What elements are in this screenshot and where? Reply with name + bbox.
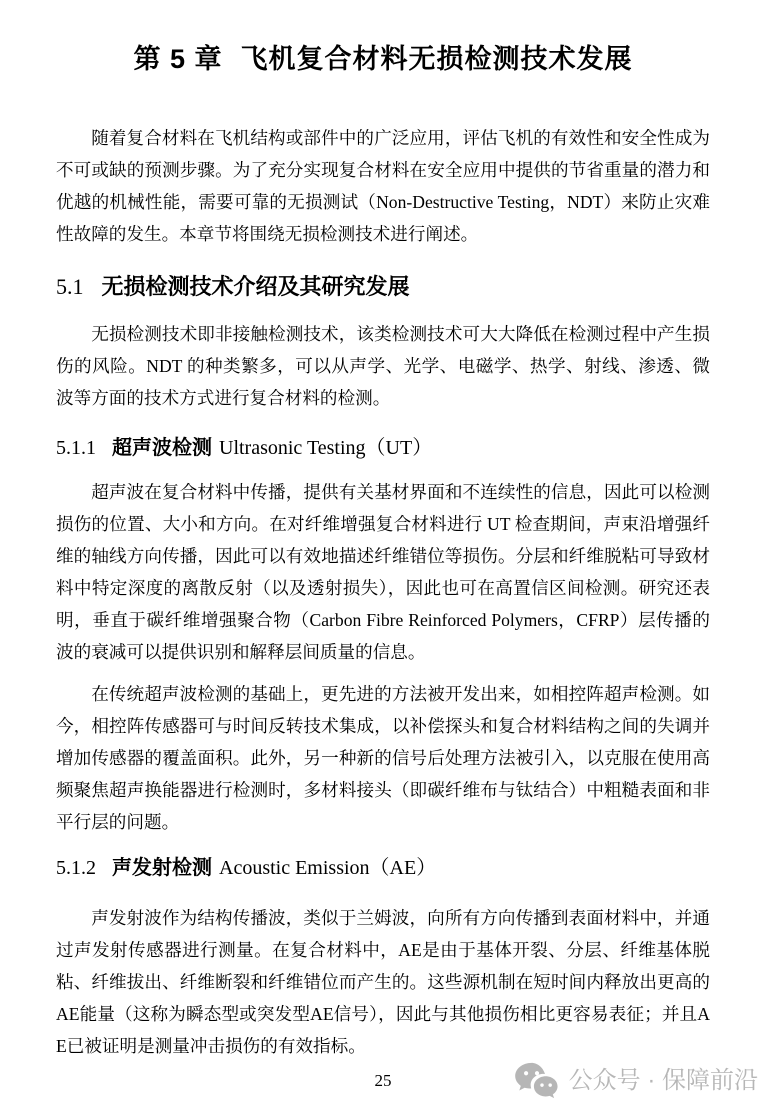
section-title: 无损检测技术介绍及其研究发展 — [102, 274, 410, 299]
page-content: 第 5 章飞机复合材料无损检测技术发展 随着复合材料在飞机结构或部件中的广泛应用… — [0, 42, 766, 1062]
watermark-text: 公众号 · 保障前沿 — [569, 1067, 758, 1095]
subsection-number: 5.1.2 — [56, 857, 96, 879]
subsection-heading-5-1-2: 5.1.2声发射检测Acoustic Emission（AE） — [56, 854, 710, 882]
subsection-title-en: Acoustic Emission（AE） — [219, 857, 436, 879]
section-number: 5.1 — [56, 274, 84, 299]
wechat-icon — [514, 1061, 560, 1101]
document-page: 第 5 章飞机复合材料无损检测技术发展 随着复合材料在飞机结构或部件中的广泛应用… — [0, 0, 766, 1115]
subsection-heading-5-1-1: 5.1.1超声波检测Ultrasonic Testing（UT） — [56, 434, 710, 462]
subsection-5-1-1-paragraph-1: 超声波在复合材料中传播，提供有关基材界面和不连续性的信息，因此可以检测损伤的位置… — [56, 476, 710, 668]
subsection-5-1-2-paragraph-1: 声发射波作为结构传播波，类似于兰姆波，向所有方向传播到表面材料中，并通过声发射传… — [56, 902, 710, 1062]
subsection-title-zh: 声发射检测 — [112, 857, 212, 879]
watermark: 公众号 · 保障前沿 — [514, 1061, 758, 1101]
chapter-title: 第 5 章飞机复合材料无损检测技术发展 — [56, 42, 710, 76]
chapter-number: 第 5 章 — [133, 44, 222, 74]
section-heading-5-1: 5.1无损检测技术介绍及其研究发展 — [56, 272, 710, 302]
subsection-title-en: Ultrasonic Testing（UT） — [219, 437, 432, 459]
intro-paragraph: 随着复合材料在飞机结构或部件中的广泛应用，评估飞机的有效性和安全性成为不可或缺的… — [56, 122, 710, 250]
subsection-number: 5.1.1 — [56, 437, 96, 459]
subsection-5-1-1-paragraph-2: 在传统超声波检测的基础上，更先进的方法被开发出来，如相控阵超声检测。如今，相控阵… — [56, 678, 710, 838]
subsection-title-zh: 超声波检测 — [112, 437, 212, 459]
chapter-title-text: 飞机复合材料无损检测技术发展 — [241, 44, 633, 74]
section-5-1-paragraph: 无损检测技术即非接触检测技术，该类检测技术可大大降低在检测过程中产生损伤的风险。… — [56, 318, 710, 414]
